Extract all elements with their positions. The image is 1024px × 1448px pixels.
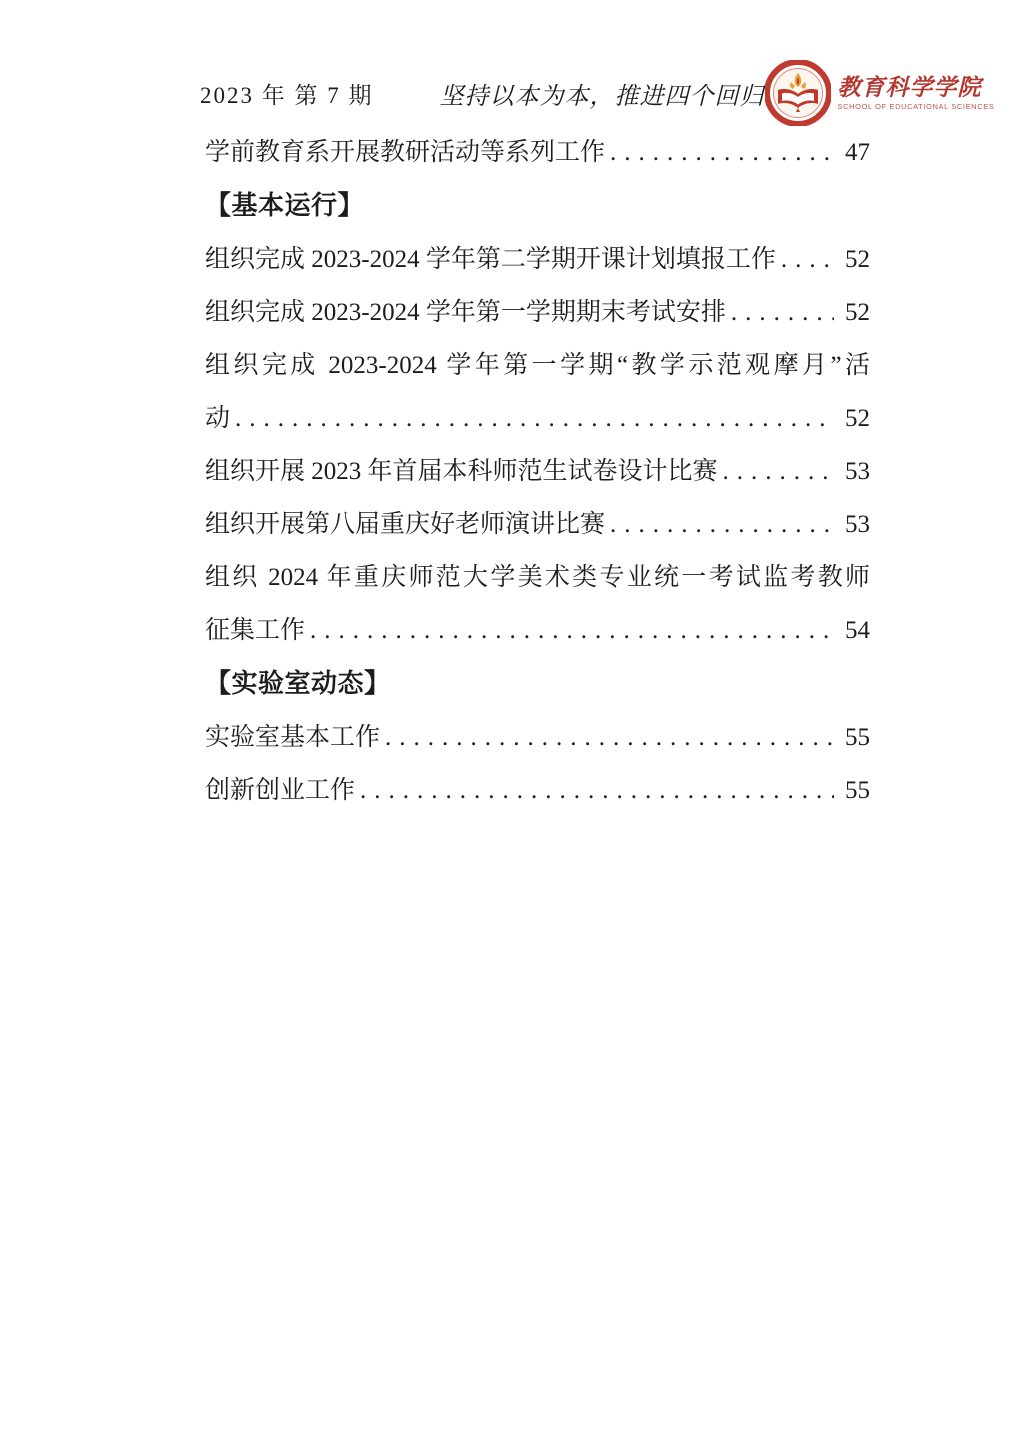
- toc-section-heading: 【实验室动态】: [205, 657, 870, 711]
- page-number: 52: [842, 392, 870, 445]
- toc-entry: 组织开展 2023 年首届本科师范生试卷设计比赛53: [205, 445, 870, 498]
- school-seal-icon: [765, 60, 831, 126]
- toc-entry-text: 组织完成 2023-2024 学年第二学期开课计划填报工作: [205, 233, 776, 286]
- dot-leader: [781, 233, 834, 286]
- toc-entry: 组织完成 2023-2024 学年第一学期期末考试安排52: [205, 286, 870, 339]
- toc-entry: 组织开展第八届重庆好老师演讲比赛53: [205, 498, 870, 551]
- toc-section-label: 【基本运行】: [205, 179, 364, 232]
- toc-entry-text: 实验室基本工作: [205, 711, 380, 764]
- dot-leader: [360, 764, 834, 817]
- toc-entry: 组织 2024 年重庆师范大学美术类专业统一考试监考教师: [205, 551, 870, 604]
- dot-leader: [723, 445, 834, 498]
- dot-leader: [610, 498, 834, 551]
- toc-entry-text: 征集工作: [205, 604, 305, 657]
- page-number: 52: [842, 286, 870, 339]
- dot-leader: [731, 286, 834, 339]
- toc-entry: 创新创业工作55: [205, 764, 870, 817]
- dot-leader: [235, 392, 834, 445]
- dot-leader: [310, 604, 834, 657]
- dot-leader: [385, 711, 834, 764]
- toc-entry: 组织完成 2023-2024 学年第二学期开课计划填报工作52: [205, 233, 870, 286]
- document-page: 2023 年 第 7 期 坚持以本为本，推进四个回归 教育科学学院 SCHOOL…: [0, 0, 1024, 1448]
- school-name-block: 教育科学学院 SCHOOL OF EDUCATIONAL SCIENCES: [838, 75, 995, 111]
- toc-section-label: 【实验室动态】: [205, 657, 391, 710]
- issue-label: 2023 年 第 7 期: [200, 77, 374, 110]
- toc-entry-text: 动: [205, 392, 230, 445]
- dot-leader: [610, 126, 834, 179]
- page-number: 55: [842, 764, 870, 817]
- page-number: 55: [842, 711, 870, 764]
- toc-entry-text: 组织开展第八届重庆好老师演讲比赛: [205, 498, 605, 551]
- page-number: 53: [842, 498, 870, 551]
- toc-entry: 动52: [205, 392, 870, 445]
- toc-section-heading: 【基本运行】: [205, 179, 870, 233]
- school-logo: 教育科学学院 SCHOOL OF EDUCATIONAL SCIENCES: [765, 60, 995, 126]
- page-number: 53: [842, 445, 870, 498]
- school-name-cn: 教育科学学院: [838, 75, 995, 100]
- toc-entry: 组织完成 2023-2024 学年第一学期“教学示范观摩月”活: [205, 339, 870, 392]
- toc-entry: 征集工作54: [205, 604, 870, 657]
- toc-entry-text: 学前教育系开展教研活动等系列工作: [205, 126, 605, 179]
- header-slogan: 坚持以本为本，推进四个回归: [440, 76, 765, 111]
- toc-entry: 实验室基本工作55: [205, 711, 870, 764]
- toc-entry-text: 组织开展 2023 年首届本科师范生试卷设计比赛: [205, 445, 718, 498]
- toc-entry-text: 组织完成 2023-2024 学年第一学期期末考试安排: [205, 286, 726, 339]
- school-name-en: SCHOOL OF EDUCATIONAL SCIENCES: [838, 102, 995, 111]
- toc-entry-text: 创新创业工作: [205, 764, 355, 817]
- page-header: 2023 年 第 7 期 坚持以本为本，推进四个回归 教育科学学院 SCHOOL…: [200, 56, 912, 130]
- table-of-contents: 学前教育系开展教研活动等系列工作47【基本运行】组织完成 2023-2024 学…: [205, 126, 870, 817]
- toc-entry: 学前教育系开展教研活动等系列工作47: [205, 126, 870, 179]
- toc-entry-text: 组织 2024 年重庆师范大学美术类专业统一考试监考教师: [205, 551, 870, 604]
- toc-entry-text: 组织完成 2023-2024 学年第一学期“教学示范观摩月”活: [205, 339, 870, 392]
- page-number: 47: [842, 126, 870, 179]
- page-number: 52: [842, 233, 870, 286]
- page-number: 54: [842, 604, 870, 657]
